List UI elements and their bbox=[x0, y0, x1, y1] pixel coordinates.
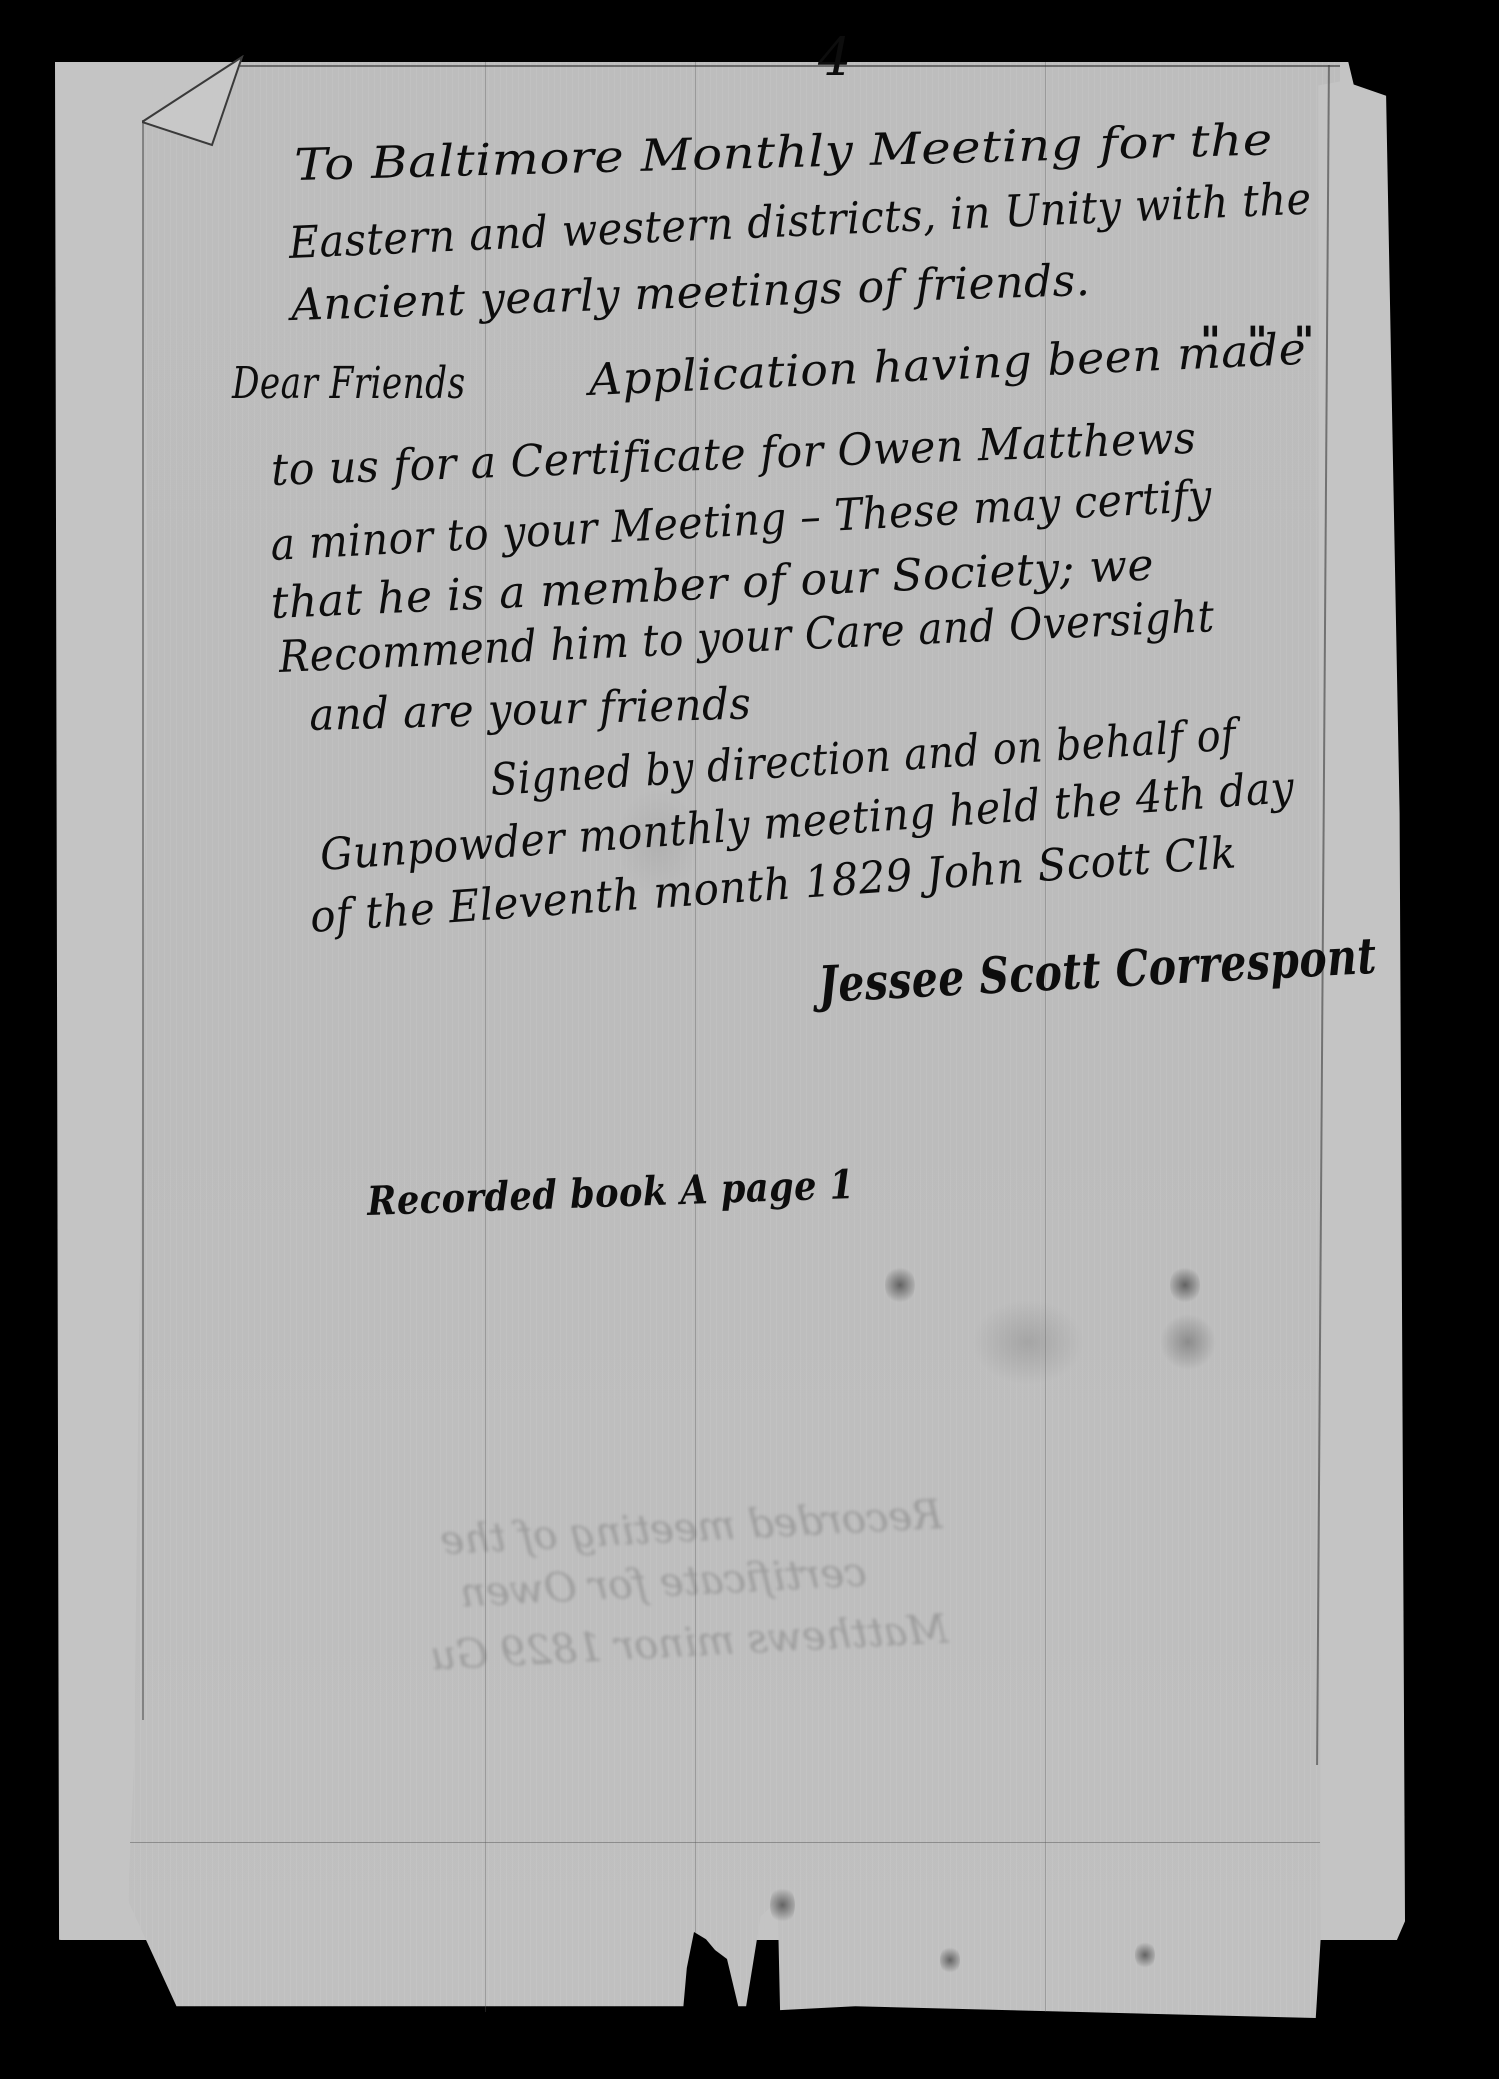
page-number: 4 bbox=[818, 28, 852, 88]
stain bbox=[770, 1885, 795, 1925]
stain bbox=[1170, 1265, 1200, 1305]
sheet-edge-left bbox=[142, 120, 144, 1720]
fold-crease bbox=[485, 62, 486, 2012]
fold-crease bbox=[130, 1842, 1320, 1843]
stain bbox=[885, 1265, 915, 1305]
document-scan: 4 To Baltimore Monthly Meeting for the E… bbox=[0, 0, 1499, 2079]
stain bbox=[1135, 1940, 1155, 1970]
stain bbox=[940, 1945, 960, 1975]
top-edge-line bbox=[240, 65, 1340, 67]
salutation: Dear Friends bbox=[232, 358, 465, 409]
folded-corner-icon bbox=[142, 55, 244, 147]
